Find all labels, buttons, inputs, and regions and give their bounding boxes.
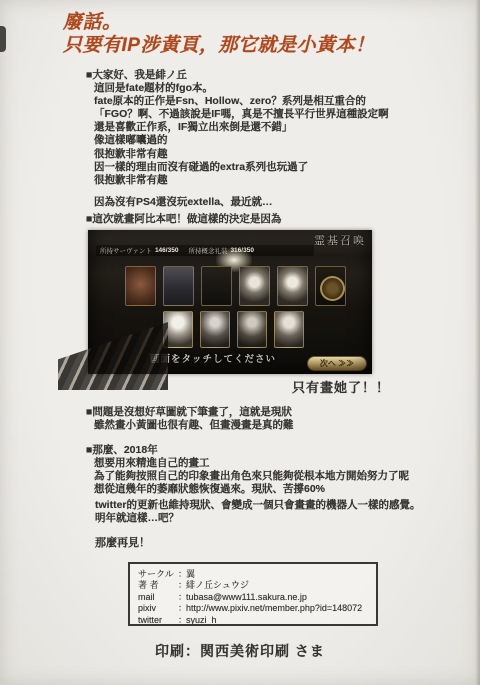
- servant-card-4: [274, 311, 304, 348]
- page-title-line2: 只要有IP涉黃頁，那它就是小黃本！: [63, 34, 374, 57]
- problem-heading: ■問題是沒想好草圖就下筆畫了，這就是現狀: [86, 406, 294, 419]
- colophon-label: twitter: [138, 615, 178, 626]
- problem-line: 雖然畫小黃圖也很有趣、但畫漫畫是真的難: [86, 419, 294, 432]
- summon-banner-6: [315, 266, 346, 306]
- intro-paragraph: ■大家好、我是緋ノ丘 這回是fate題材的fgo本。 fate原本的正作是Fsn…: [86, 69, 389, 209]
- colophon-value: 緋ノ丘シュウジ: [186, 580, 249, 590]
- scan-smudge-artifact: [0, 26, 6, 52]
- summon-banner-4: [239, 266, 270, 306]
- page-title-line1: 廢話。: [63, 11, 374, 34]
- summon-banner-3: [201, 266, 232, 306]
- colophon-colon: ：: [178, 603, 186, 614]
- colophon-colon: ：: [178, 615, 186, 626]
- afterword-page: 廢話。 只要有IP涉黃頁，那它就是小黃本！ ■大家好、我是緋ノ丘 這回是fate…: [0, 0, 480, 685]
- page-title: 廢話。 只要有IP涉黃頁，那它就是小黃本！: [63, 11, 374, 57]
- intro-line: 還是喜歡正作系，IF獨立出來倒是還不錯」: [86, 121, 389, 134]
- colophon-value: tubasa@www111.sakura.ne.jp: [186, 592, 307, 602]
- intro-line: 這回是fate題材的fgo本。: [86, 82, 389, 95]
- decision-heading: ■這次就畫阿比本吧！做這樣的決定是因為: [86, 213, 281, 226]
- colophon-row-mail: mail：tubasa@www111.sakura.ne.jp: [138, 592, 376, 603]
- servant-count-value: 146/350: [155, 247, 179, 254]
- plans-line: 想從這幾年的萎靡狀態恢復過來。現狀、苦撐60%: [86, 483, 409, 496]
- colophon-value: syuzi_h: [186, 615, 217, 625]
- servant-card-row: [163, 311, 304, 348]
- colophon-row-author: 著 者：緋ノ丘シュウジ: [138, 580, 376, 591]
- summon-banner-5: [277, 266, 308, 306]
- colophon-label: mail: [138, 592, 178, 603]
- intro-line: 很抱歉非常有趣: [86, 148, 389, 161]
- screenshot-caption: 只有畫她了！！: [292, 377, 390, 396]
- colophon-value: 翼: [186, 569, 195, 579]
- colophon-row-twitter: twitter：syuzi_h: [138, 615, 376, 626]
- colophon-label: 著 者: [138, 580, 178, 591]
- colophon-row-circle: サークル：翼: [138, 569, 376, 580]
- summon-banner-1: [125, 266, 156, 306]
- colophon-box: サークル：翼 著 者：緋ノ丘シュウジ mail：tubasa@www111.sa…: [128, 562, 378, 626]
- colophon-colon: ：: [178, 592, 186, 603]
- colophon-label: サークル: [138, 569, 178, 580]
- scan-edge-shade: [475, 0, 480, 685]
- twitter-note-paragraph: twitter的更新也維持現狀、會變成一個只會畫畫的機器人一樣的感覺。 明年就這…: [95, 499, 421, 525]
- intro-line: 像這樣嘟囔過的: [86, 134, 389, 147]
- colophon-label: pixiv: [138, 603, 178, 614]
- intro-line: 因一樣的理由而沒有碰過的extra系列也玩過了: [86, 161, 389, 174]
- servant-card-2: [200, 311, 230, 348]
- owned-stats-bar: 所持サーヴァント 146/350 所持概念礼装 316/350: [96, 245, 314, 256]
- plans-line: 想要用來精進自己的畫工: [86, 457, 409, 470]
- twitter-note-line: twitter的更新也維持現狀、會變成一個只會畫畫的機器人一樣的感覺。: [95, 499, 421, 512]
- servant-card-3: [237, 311, 267, 348]
- intro-line: 「FGO？啊、不過該說是IF嗎，真是不擅長平行世界這種設定啊: [86, 108, 389, 121]
- next-button: 次へ ≫≫: [307, 356, 367, 371]
- summon-banner-row: [125, 266, 346, 306]
- summon-screen-title: 霊基召喚: [314, 232, 366, 248]
- plans-paragraph: ■那麼、2018年 想要用來精進自己的畫工 為了能夠按照自己的印象畫出角色來只能…: [86, 444, 409, 496]
- plans-heading: ■那麼、2018年: [86, 444, 409, 457]
- plans-line: 為了能夠按照自己的印象畫出角色來只能夠從根本地方開始努力了呢: [86, 470, 409, 483]
- intro-heading: ■大家好、我是緋ノ丘: [86, 69, 389, 82]
- intro-line: fate原本的正作是Fsn、Hollow、zero？系列是相互重合的: [86, 95, 389, 108]
- colophon-value: http://www.pixiv.net/member.php?id=14807…: [186, 603, 362, 613]
- summon-banner-2: [163, 266, 194, 306]
- colophon-colon: ：: [178, 569, 186, 580]
- problem-paragraph: ■問題是沒想好草圖就下筆畫了，這就是現狀 雖然畫小黃圖也很有趣、但畫漫畫是真的難: [86, 406, 294, 432]
- intro-postscript: 因為沒有PS4還沒玩extella、最近就…: [86, 196, 389, 209]
- colophon-row-pixiv: pixiv：http://www.pixiv.net/member.php?id…: [138, 603, 376, 614]
- intro-line: 很抱歉非常有趣: [86, 174, 389, 187]
- colophon-colon: ：: [178, 580, 186, 591]
- mandala-icon: [320, 276, 345, 301]
- twitter-note-line: 明年就這樣…吧？: [95, 512, 421, 525]
- servant-count-label: 所持サーヴァント: [100, 246, 152, 255]
- farewell-line: 那麼再見！: [95, 537, 150, 550]
- print-credit: 印刷：関西美術印刷 さま: [0, 641, 480, 661]
